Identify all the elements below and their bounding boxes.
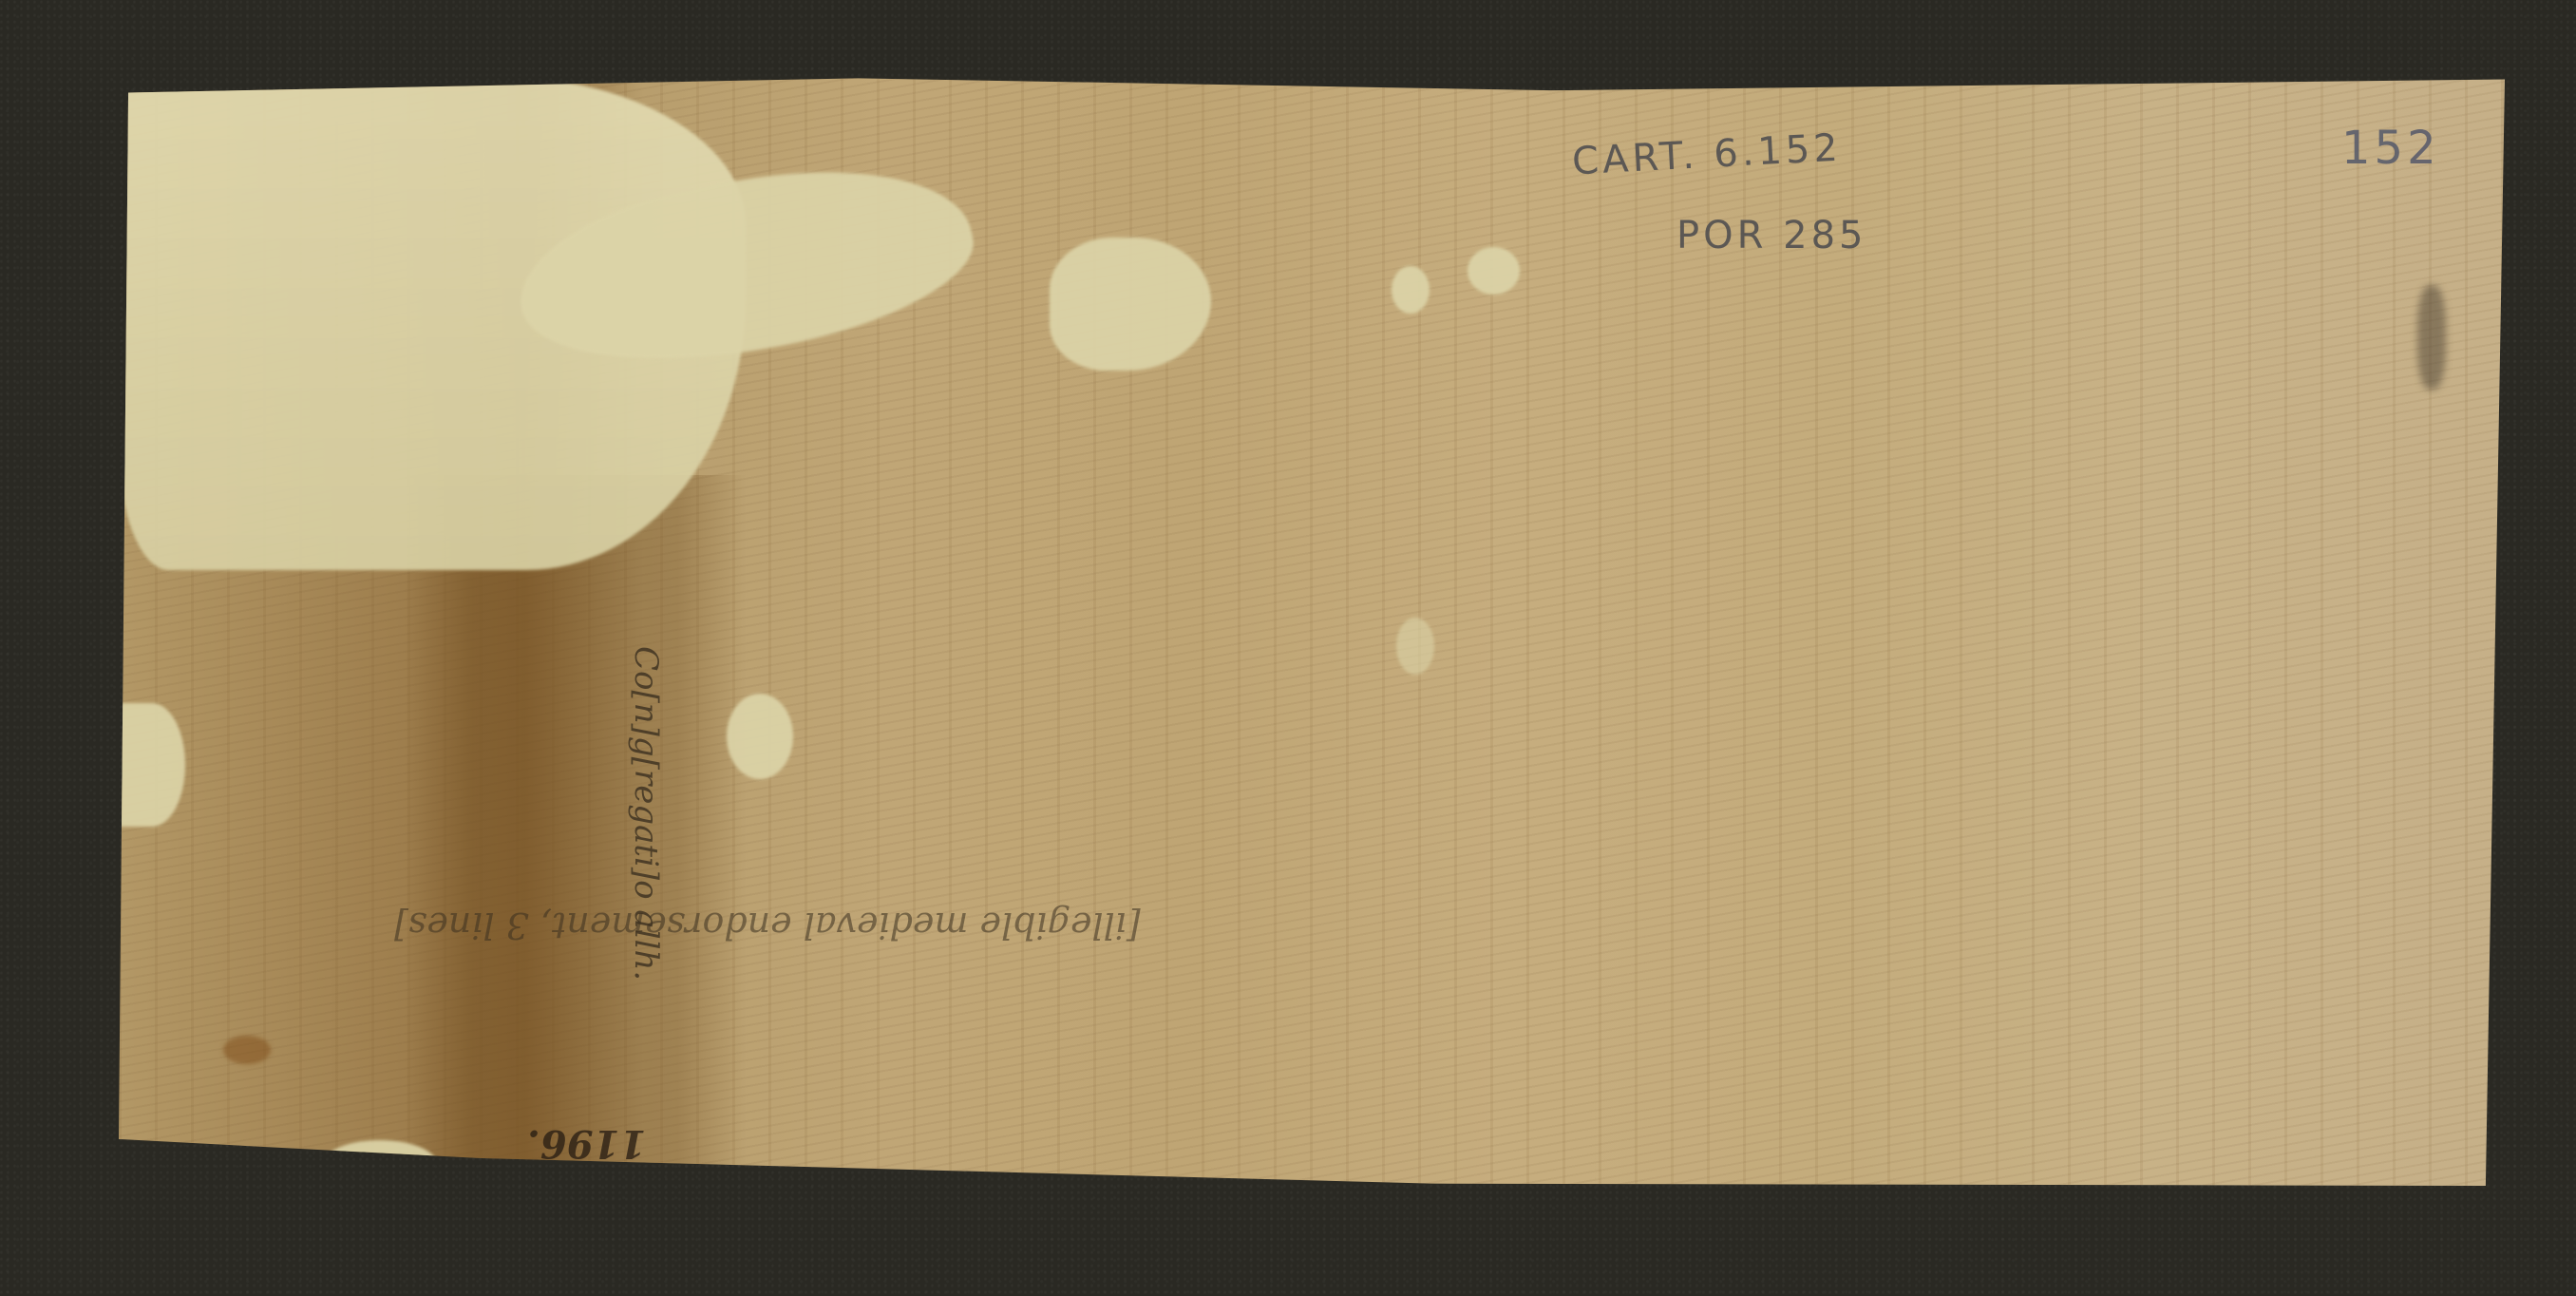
fold-discoloration <box>404 475 746 1197</box>
water-stain-blob <box>727 694 793 779</box>
por-number-annotation: POR 285 <box>1676 214 1866 257</box>
water-stain-blob <box>1468 247 1520 295</box>
water-stain-blob <box>1392 266 1430 314</box>
shelfmark-annotation: CART. 6.152 <box>1571 126 1843 184</box>
graphite-smudge <box>2417 285 2446 390</box>
brown-spot <box>223 1036 271 1064</box>
parchment-document: CART. 6.152 POR 285 152 Co[n]g[regati]o … <box>119 76 2505 1186</box>
water-stain-blob <box>1050 238 1211 371</box>
water-stain-edge <box>119 703 185 827</box>
folio-number: 152 <box>2341 122 2440 175</box>
year-annotation: 1196. <box>527 1121 646 1166</box>
medieval-endorsement: [illegible medieval endorsement, 3 lines… <box>394 903 1141 948</box>
water-stain-blob <box>1396 618 1434 675</box>
